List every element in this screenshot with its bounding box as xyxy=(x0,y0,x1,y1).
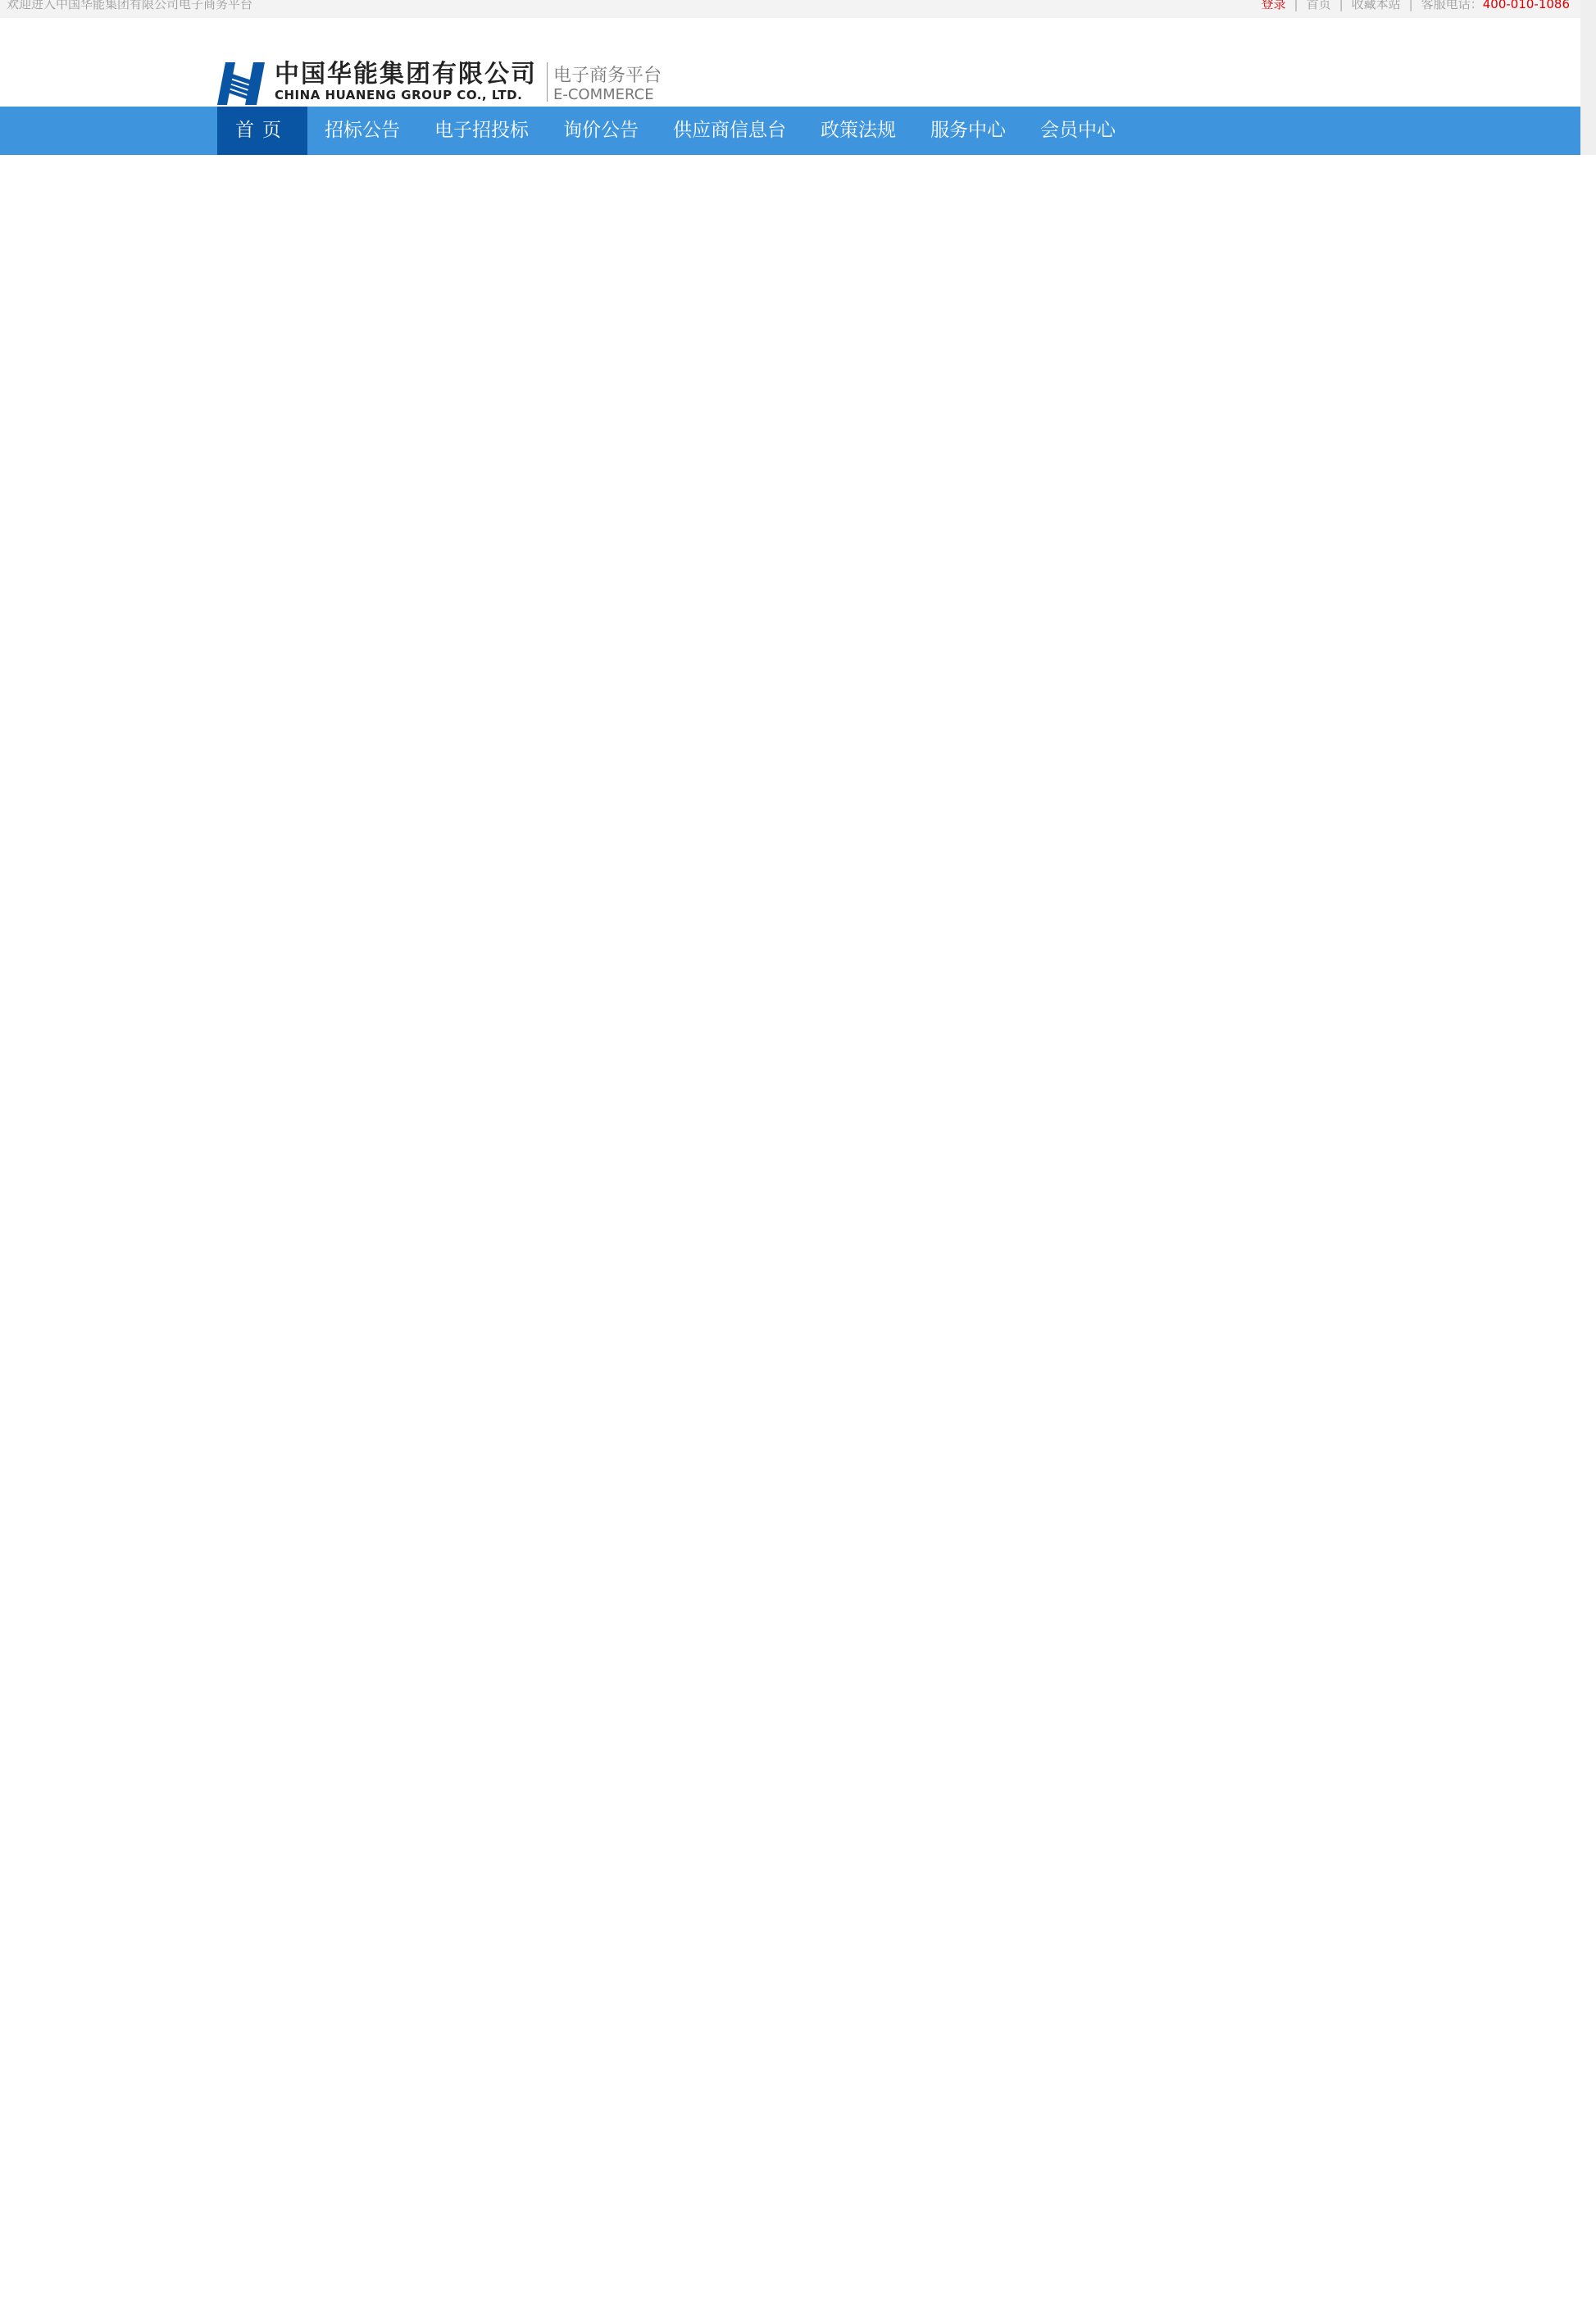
page-scrollbar[interactable] xyxy=(1580,0,1596,155)
nav-item-inquiry-notice[interactable]: 询价公告 xyxy=(546,107,656,155)
nav-item-supplier-info[interactable]: 供应商信息台 xyxy=(656,107,803,155)
nav-item-tender-notice[interactable]: 招标公告 xyxy=(307,107,417,155)
nav-item-e-bidding[interactable]: 电子招投标 xyxy=(417,107,546,155)
logo-platform-en: E-COMMERCE xyxy=(553,86,654,103)
home-link[interactable]: 首页 xyxy=(1307,0,1331,11)
login-link[interactable]: 登录 xyxy=(1261,0,1285,11)
logo-divider xyxy=(547,62,548,102)
divider: | xyxy=(1294,0,1298,11)
divider: | xyxy=(1409,0,1413,11)
logo-platform-cn: 电子商务平台 xyxy=(553,61,662,87)
nav-item-policy[interactable]: 政策法规 xyxy=(803,107,913,155)
main-nav: 首页 招标公告 电子招投标 询价公告 供应商信息台 政策法规 服务中心 会员中心 xyxy=(0,107,1596,155)
nav-item-member-center[interactable]: 会员中心 xyxy=(1023,107,1133,155)
header: 中国华能集团有限公司 CHINA HUANENG GROUP CO., LTD.… xyxy=(0,18,1596,107)
top-links: 登录|首页|收藏本站|客服电话：400-010-1086 xyxy=(1261,0,1570,12)
divider: | xyxy=(1339,0,1344,11)
hotline-label: 客服电话： xyxy=(1421,0,1483,11)
huaneng-logo-icon xyxy=(217,62,266,105)
nav-item-home[interactable]: 首页 xyxy=(217,107,307,155)
hotline-number: 400-010-1086 xyxy=(1483,0,1570,11)
logo-company-cn: 中国华能集团有限公司 xyxy=(275,61,537,89)
top-bar: 欢迎进入中国华能集团有限公司电子商务平台 登录|首页|收藏本站|客服电话：400… xyxy=(0,0,1596,18)
logo[interactable]: 中国华能集团有限公司 CHINA HUANENG GROUP CO., LTD.… xyxy=(217,61,664,107)
nav-item-service-center[interactable]: 服务中心 xyxy=(913,107,1023,155)
logo-company-en: CHINA HUANENG GROUP CO., LTD. xyxy=(275,88,522,102)
welcome-text: 欢迎进入中国华能集团有限公司电子商务平台 xyxy=(7,0,252,12)
bookmark-link[interactable]: 收藏本站 xyxy=(1352,0,1401,11)
